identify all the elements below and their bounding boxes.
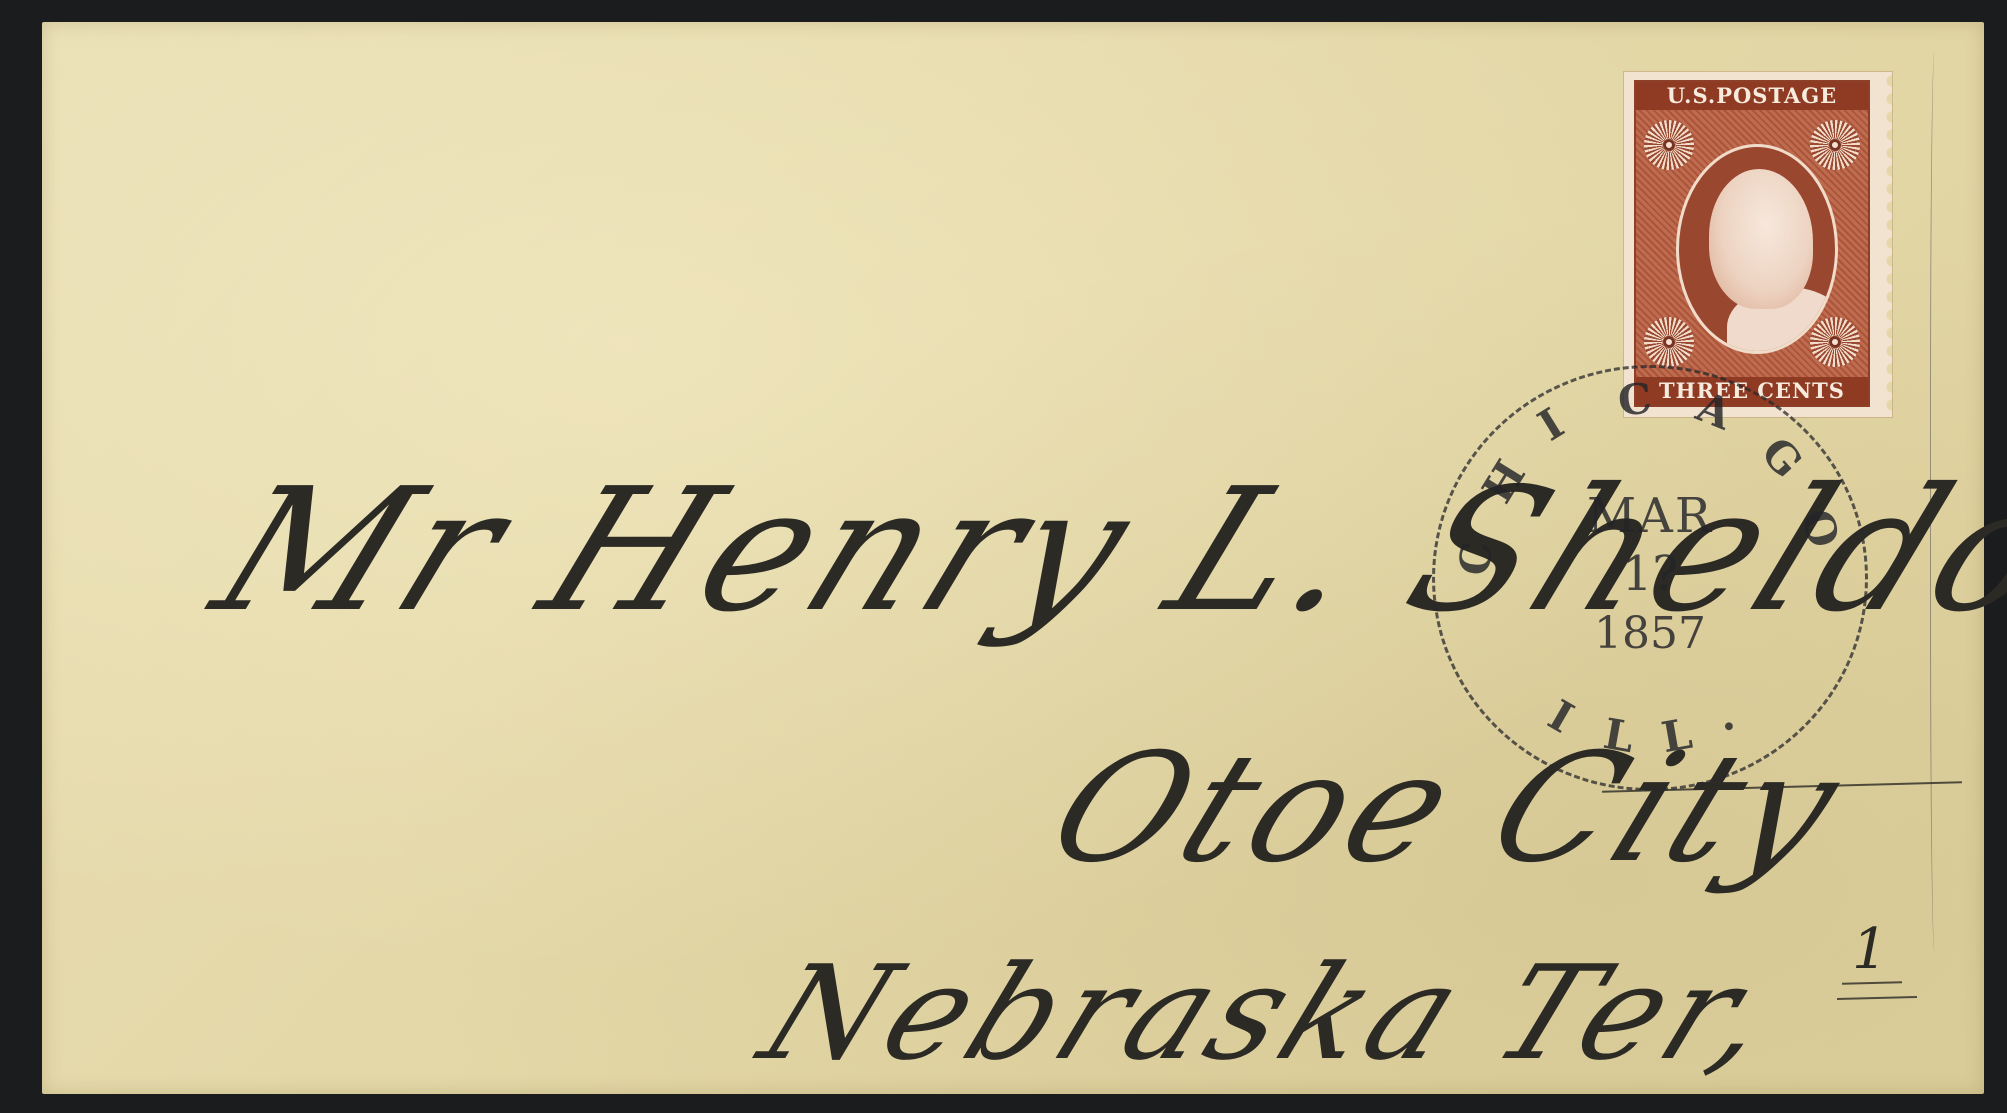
postmark-month: MAR <box>1435 488 1865 544</box>
postmark-letter: I <box>1540 690 1582 742</box>
rosette-icon <box>1644 317 1694 367</box>
postmark-letter: A <box>1690 382 1738 440</box>
postmark-letter: G <box>1751 427 1811 486</box>
postmark-day: 1? <box>1435 546 1865 602</box>
postmark-year: 1857 <box>1435 608 1865 659</box>
portrait-oval <box>1676 144 1838 354</box>
postmark-letter: C <box>1616 373 1654 425</box>
postmark: CHICAGO ILL. MAR 1? 1857 <box>1432 365 1868 791</box>
postmark-letter: I <box>1530 399 1572 451</box>
stamp-top-label: U.S.POSTAGE <box>1636 82 1868 110</box>
rate-underline <box>1842 981 1902 985</box>
rosette-icon <box>1810 120 1860 170</box>
rate-mark: 1 <box>1852 917 1888 982</box>
postmark-letter: . <box>1704 692 1741 742</box>
portrait-head <box>1709 169 1813 309</box>
postmark-letter: L <box>1658 709 1696 762</box>
address-line-territory: Nebraska Ter, <box>742 937 1802 1089</box>
rosette-icon <box>1644 120 1694 170</box>
postmark-letter: L <box>1600 709 1638 762</box>
stamp-perforations <box>1878 72 1892 417</box>
stamp-engraving: U.S.POSTAGE THREE CENTS <box>1634 80 1870 407</box>
rate-underline <box>1837 996 1917 1000</box>
